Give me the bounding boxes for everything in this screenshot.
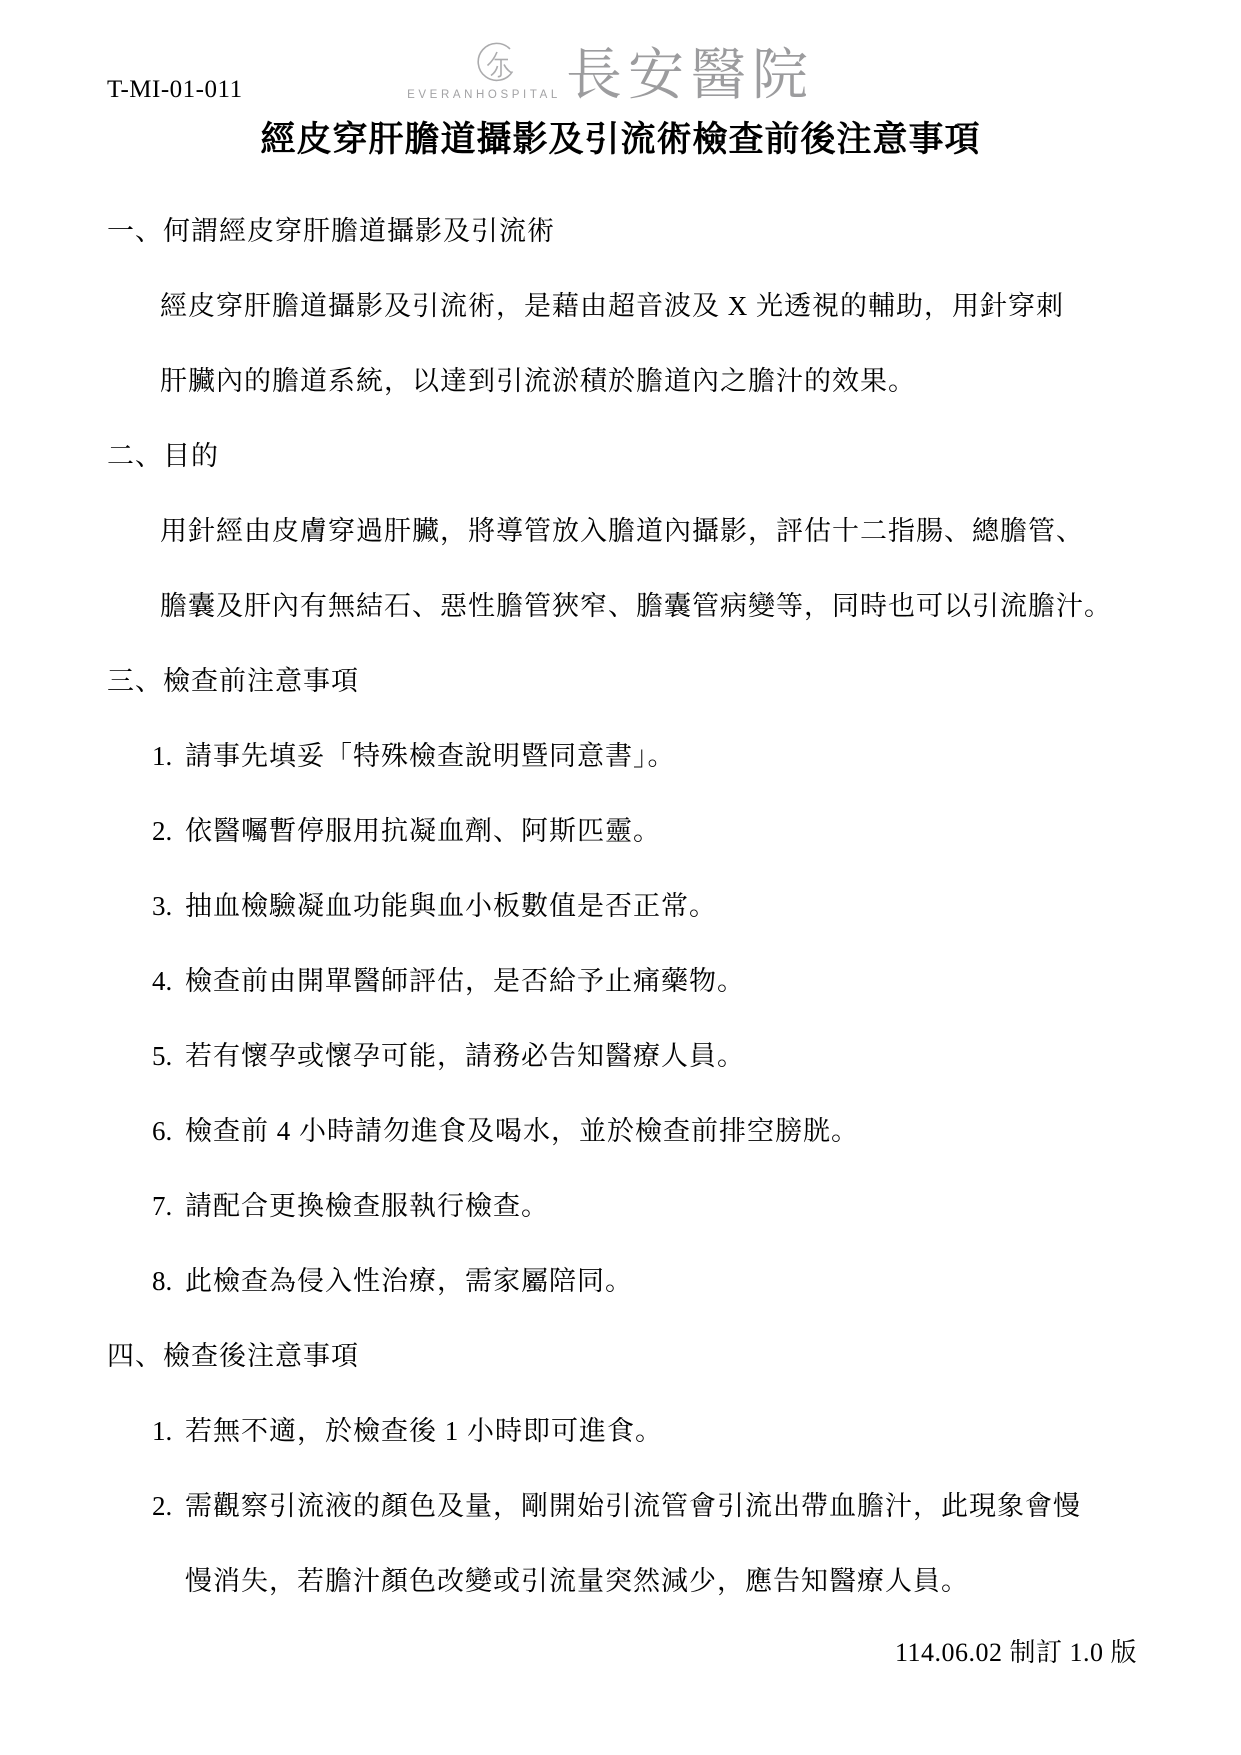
list-item-number: 3. <box>152 891 185 922</box>
list-item: 4.檢查前由開單醫師評估，是否給予止痛藥物。 <box>107 966 1141 1041</box>
continuation-line: 慢消失，若膽汁顏色改變或引流量突然減少，應告知醫療人員。 <box>107 1566 1141 1641</box>
paragraph-line: 肝臟內的膽道系統，以達到引流淤積於膽道內之膽汁的效果。 <box>107 366 1141 441</box>
list-item: 3.抽血檢驗凝血功能與血小板數值是否正常。 <box>107 891 1141 966</box>
list-item: 5.若有懷孕或懷孕可能，請務必告知醫療人員。 <box>107 1041 1141 1116</box>
document-body: 一、何謂經皮穿肝膽道攝影及引流術 經皮穿肝膽道攝影及引流術，是藉由超音波及 X … <box>107 216 1141 1641</box>
page-title: 經皮穿肝膽道攝影及引流術檢查前後注意事項 <box>0 112 1241 162</box>
list-item-number: 5. <box>152 1041 185 1072</box>
paragraph-line: 經皮穿肝膽道攝影及引流術，是藉由超音波及 X 光透視的輔助，用針穿刺 <box>107 291 1141 366</box>
section-1-heading: 一、何謂經皮穿肝膽道攝影及引流術 <box>107 216 1141 291</box>
section-2-heading: 二、目的 <box>107 441 1141 516</box>
list-item-text: 依醫囑暫停服用抗凝血劑、阿斯匹靈。 <box>185 816 661 846</box>
list-item-text: 此檢查為侵入性治療，需家屬陪同。 <box>185 1266 633 1296</box>
list-item: 2.需觀察引流液的顏色及量，剛開始引流管會引流出帶血膽汁，此現象會慢 <box>107 1491 1141 1566</box>
hospital-logo: EVERANHOSPITAL 長安醫院 <box>408 40 814 101</box>
hospital-name-zh: 長安醫院 <box>566 48 814 101</box>
document-code: T-MI-01-011 <box>107 76 243 104</box>
list-item: 1.若無不適，於檢查後 1 小時即可進食。 <box>107 1416 1141 1491</box>
list-item: 6.檢查前 4 小時請勿進食及喝水，並於檢查前排空膀胱。 <box>107 1116 1141 1191</box>
list-item-number: 2. <box>152 816 185 847</box>
list-item-number: 8. <box>152 1266 185 1297</box>
list-item-number: 6. <box>152 1116 185 1147</box>
list-item-text: 若無不適，於檢查後 1 小時即可進食。 <box>185 1416 663 1446</box>
paragraph-line: 膽囊及肝內有無結石、惡性膽管狹窄、膽囊管病變等，同時也可以引流膽汁。 <box>107 591 1141 666</box>
list-item-text: 抽血檢驗凝血功能與血小板數值是否正常。 <box>185 891 717 921</box>
list-item: 7.請配合更換檢查服執行檢查。 <box>107 1191 1141 1266</box>
list-item: 8.此檢查為侵入性治療，需家屬陪同。 <box>107 1266 1141 1341</box>
list-item-number: 7. <box>152 1191 185 1222</box>
revision-note: 114.06.02 制訂 1.0 版 <box>895 1632 1137 1669</box>
section-4-heading: 四、檢查後注意事項 <box>107 1341 1141 1416</box>
section-3-heading: 三、檢查前注意事項 <box>107 666 1141 741</box>
circle-monogram-icon <box>475 40 523 88</box>
paragraph-line: 用針經由皮膚穿過肝臟，將導管放入膽道內攝影，評估十二指腸、總膽管、 <box>107 516 1141 591</box>
hospital-logo-left: EVERANHOSPITAL <box>408 40 560 101</box>
document-page: T-MI-01-011 EVERANHOSPITAL 長安醫院 經皮穿肝膽道攝影… <box>0 0 1241 1755</box>
list-item-text: 若有懷孕或懷孕可能，請務必告知醫療人員。 <box>185 1041 745 1071</box>
list-item: 1.請事先填妥「特殊檢查說明暨同意書」。 <box>107 741 1141 816</box>
list-item-number: 4. <box>152 966 185 997</box>
list-item-number: 1. <box>152 741 185 772</box>
list-item-text: 檢查前由開單醫師評估，是否給予止痛藥物。 <box>185 966 745 996</box>
list-item: 2.依醫囑暫停服用抗凝血劑、阿斯匹靈。 <box>107 816 1141 891</box>
list-item-text: 請配合更換檢查服執行檢查。 <box>185 1191 549 1221</box>
list-item-number: 1. <box>152 1416 185 1447</box>
list-item-text: 需觀察引流液的顏色及量，剛開始引流管會引流出帶血膽汁，此現象會慢 <box>185 1491 1081 1521</box>
hospital-name-en: EVERANHOSPITAL <box>407 89 561 101</box>
list-item-number: 2. <box>152 1491 185 1522</box>
list-item-text: 檢查前 4 小時請勿進食及喝水，並於檢查前排空膀胱。 <box>185 1116 859 1146</box>
list-item-text: 請事先填妥「特殊檢查說明暨同意書」。 <box>185 741 676 771</box>
